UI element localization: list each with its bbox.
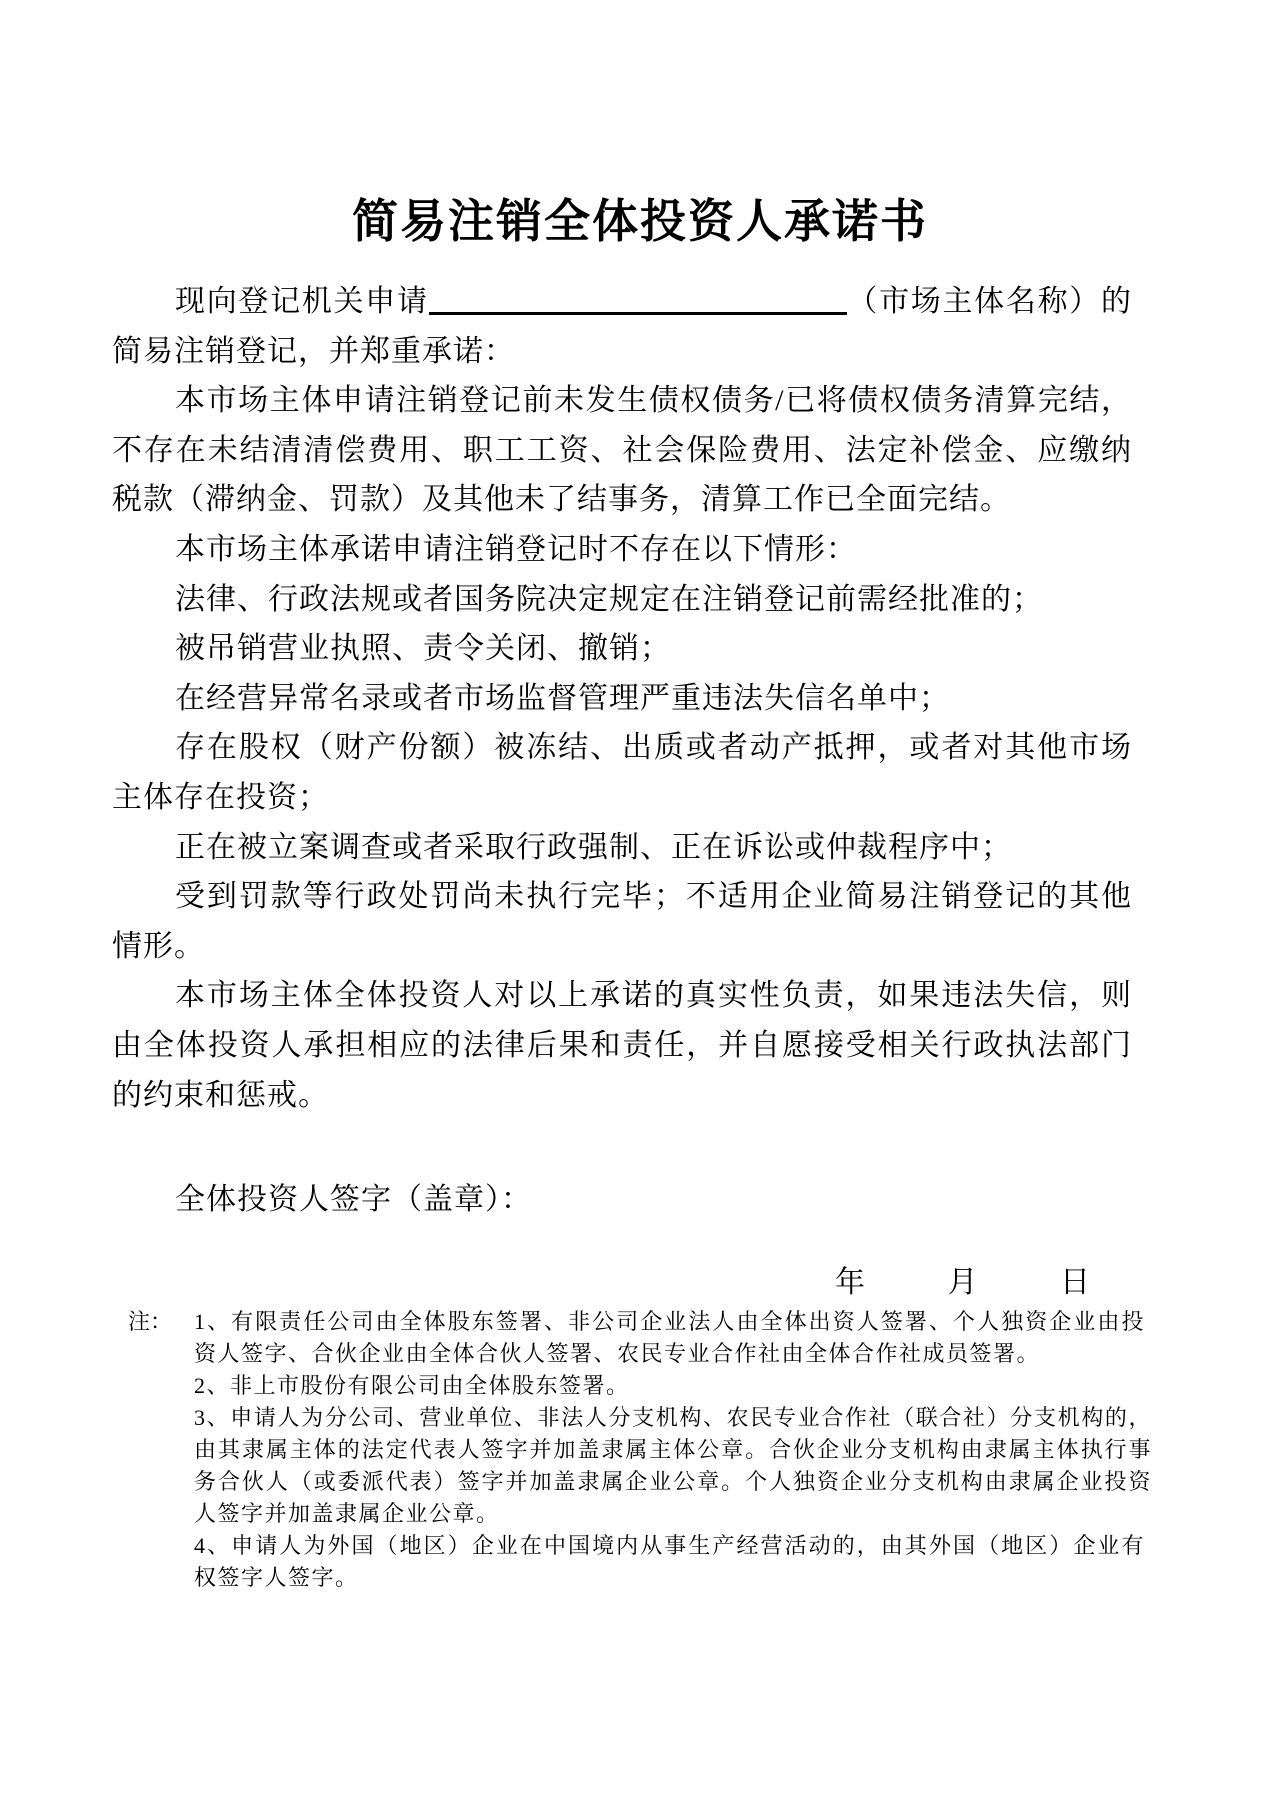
body-paragraph: 被吊销营业执照、责令关闭、撤销；: [112, 624, 1132, 674]
date-month-label: 月: [948, 1258, 978, 1308]
date-day-label: 日: [1060, 1258, 1090, 1308]
commitment-letter-page: 简易注销全体投资人承诺书 现向登记机关申请（市场主体名称）的简易注销登记，并郑重…: [0, 0, 1280, 1810]
intro-text-before-blank: 现向登记机关申请: [175, 285, 429, 318]
notes-section: 注： 1、有限责任公司由全体股东签署、非公司企业法人由全体出资人签署、个人独资企…: [194, 1306, 1152, 1594]
market-entity-name-blank[interactable]: [429, 282, 847, 315]
body-paragraph: 受到罚款等行政处罚尚未执行完毕；不适用企业简易注销登记的其他情形。: [112, 872, 1132, 971]
intro-paragraph: 现向登记机关申请（市场主体名称）的简易注销登记，并郑重承诺：: [112, 277, 1132, 376]
body-paragraph: 本市场主体承诺申请注销登记时不存在以下情形：: [112, 525, 1132, 575]
notes-label: 注：: [128, 1306, 194, 1338]
note-item: 4、申请人为外国（地区）企业在中国境内从事生产经营活动的，由其外国（地区）企业有…: [194, 1530, 1145, 1594]
note-item: 1、有限责任公司由全体股东签署、非公司企业法人由全体出资人签署、个人独资企业由投…: [194, 1306, 1145, 1370]
body-paragraph: 本市场主体全体投资人对以上承诺的真实性负责，如果违法失信，则由全体投资人承担相应…: [112, 971, 1132, 1120]
page-title: 简易注销全体投资人承诺书: [0, 191, 1280, 253]
note-item: 3、申请人为分公司、营业单位、非法人分支机构、农民专业合作社（联合社）分支机构的…: [194, 1402, 1152, 1530]
note-item: 2、非上市股份有限公司由全体股东签署。: [194, 1370, 1145, 1402]
body-paragraph: 正在被立案调查或者采取行政强制、正在诉讼或仲裁程序中；: [112, 823, 1132, 873]
body-paragraph: 本市场主体申请注销登记前未发生债权债务/已将债权债务清算完结，不存在未结清清偿费…: [112, 376, 1132, 525]
investors-signature-label: 全体投资人签字（盖章）：: [112, 1175, 1132, 1225]
document-body: 现向登记机关申请（市场主体名称）的简易注销登记，并郑重承诺： 本市场主体申请注销…: [112, 277, 1132, 1120]
date-year-label: 年: [835, 1258, 865, 1308]
body-paragraph: 法律、行政法规或者国务院决定规定在注销登记前需经批准的；: [112, 575, 1132, 625]
body-paragraph: 存在股权（财产份额）被冻结、出质或者动产抵押，或者对其他市场主体存在投资；: [112, 723, 1132, 822]
date-line: 年 月 日: [112, 1258, 1132, 1308]
body-paragraph: 在经营异常名录或者市场监督管理严重违法失信名单中；: [112, 674, 1132, 724]
